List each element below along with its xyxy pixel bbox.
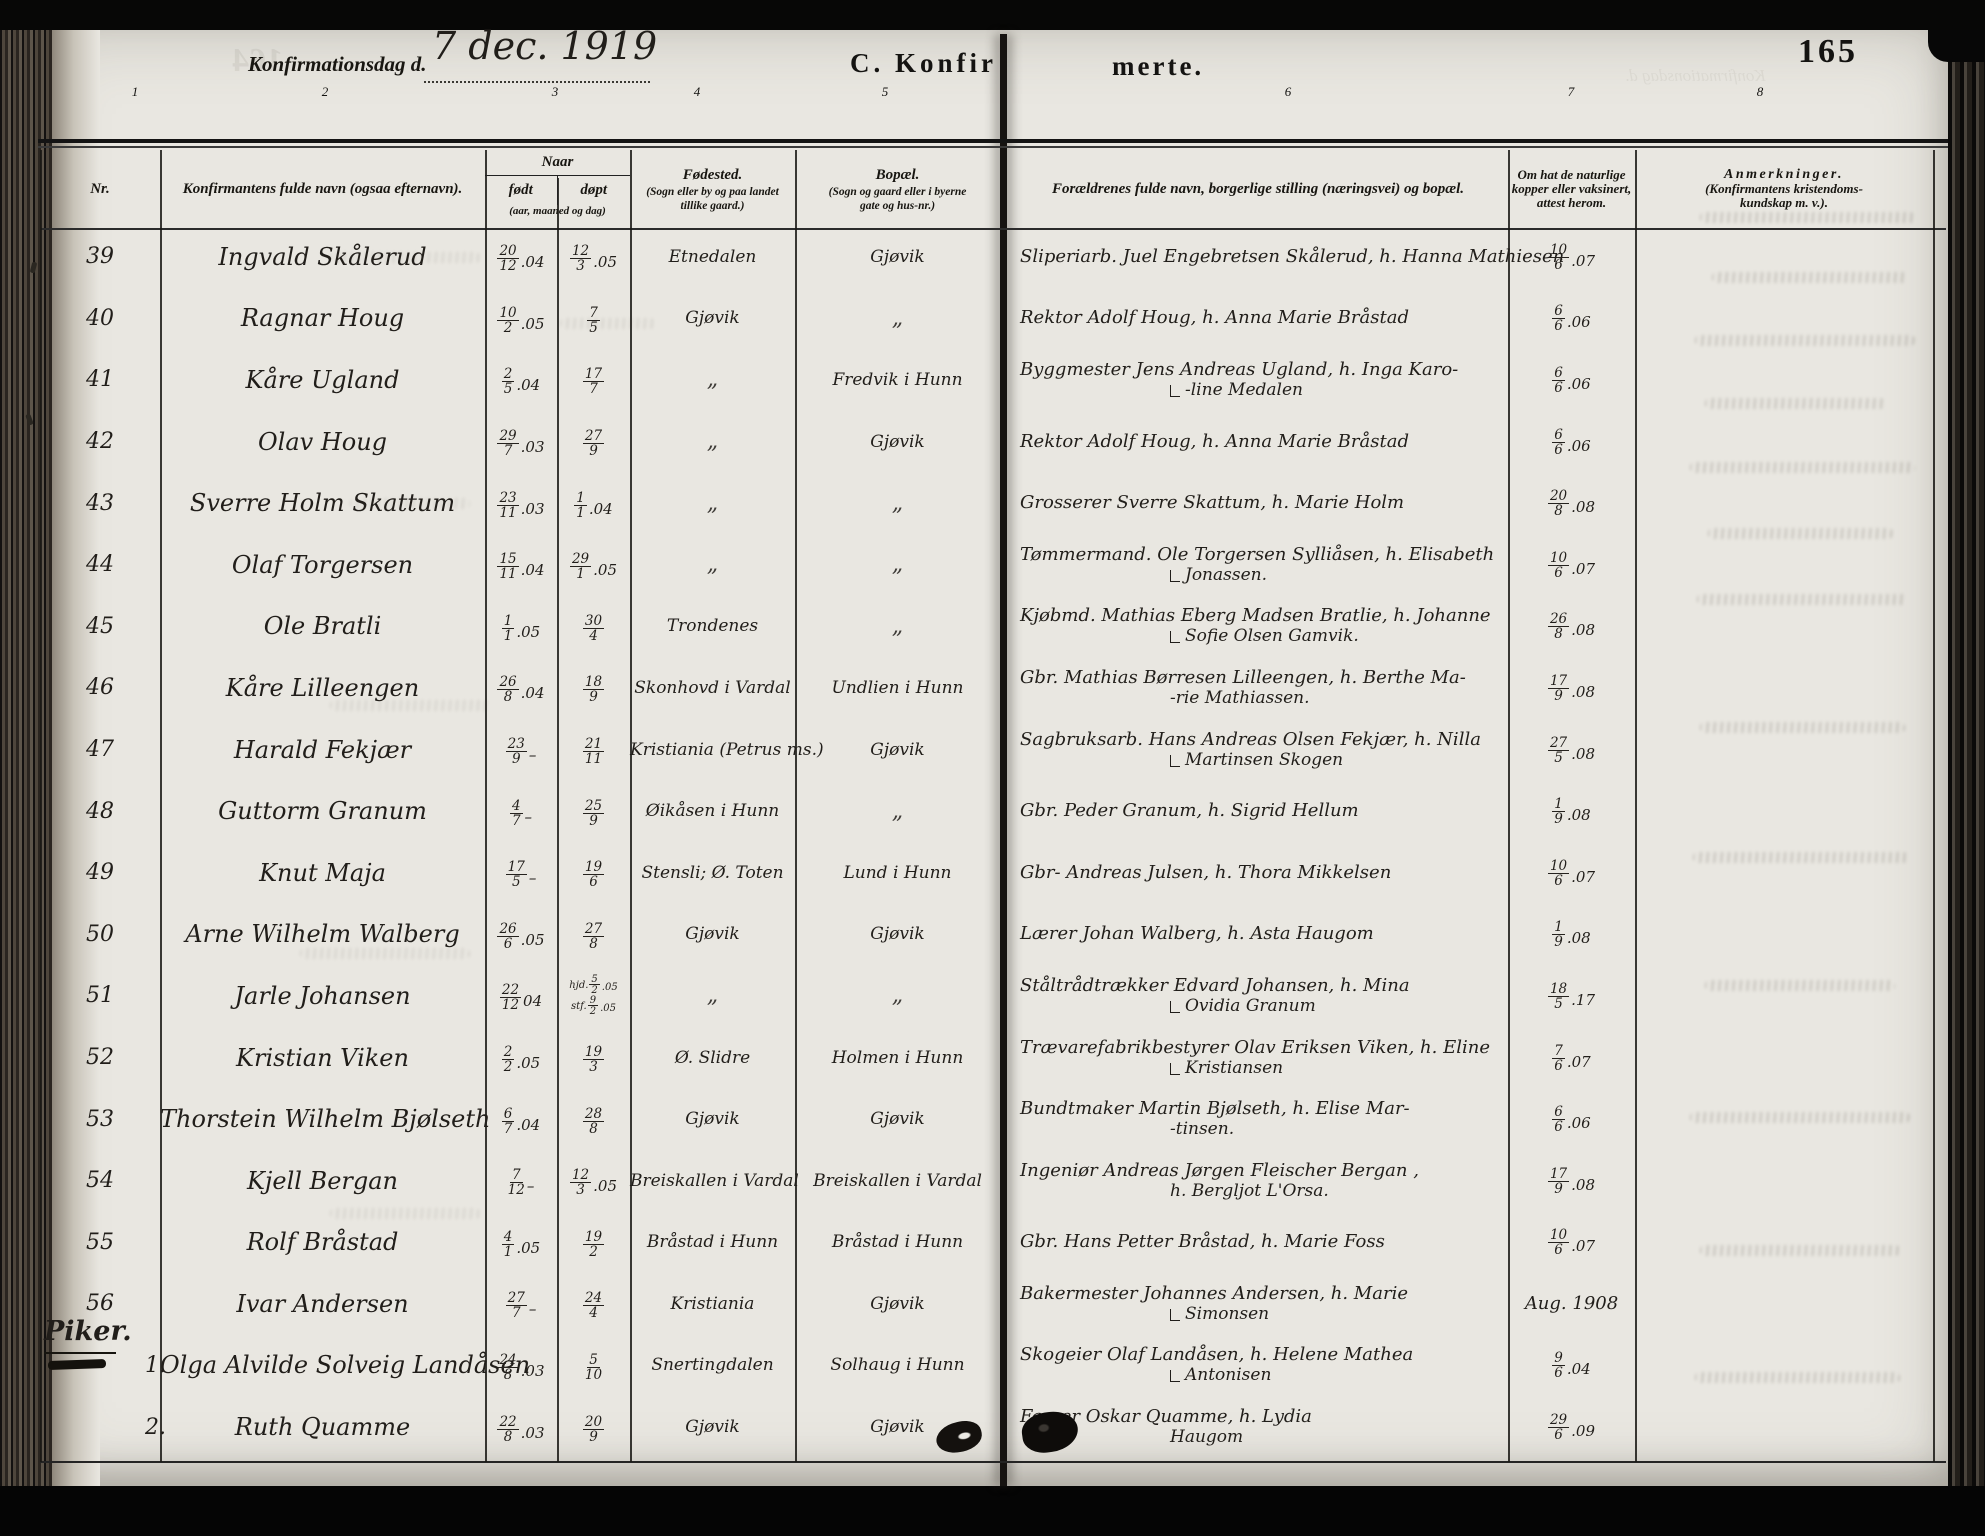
confirmand-name: Kristian Viken — [160, 1044, 485, 1072]
parents-line-2: -rie Mathiassen. — [1170, 688, 1508, 708]
born-date: 297.03 — [485, 425, 557, 458]
parents-line-2: Haugom — [1170, 1427, 1508, 1447]
handwritten-date: 510 — [585, 1354, 602, 1382]
residence: „ — [795, 491, 1000, 516]
residence: „ — [795, 614, 1000, 639]
parents-line-1: Trævarefabrikbestyrer Olav Eriksen Viken… — [1020, 1038, 1508, 1058]
birthplace: „ — [630, 552, 795, 577]
residence: Gjøvik — [795, 924, 1000, 944]
residence: Undlien i Hunn — [795, 678, 1000, 698]
section-title-left: C. Konfir — [850, 48, 997, 79]
confirmation-day-label: Konfirmationsdag d. — [248, 52, 427, 77]
handwritten-date: 66.06 — [1552, 1106, 1590, 1134]
born-date: 221204 — [485, 979, 557, 1012]
birthplace: Trondenes — [630, 616, 795, 636]
handwritten-date: 66.06 — [1552, 305, 1590, 333]
baptized-date: 259 — [557, 795, 630, 828]
confirmand-name: Olga Alvilde Solveig Landåsen — [160, 1351, 485, 1379]
born-date: 268.04 — [485, 671, 557, 704]
handwritten-date: 266.05 — [497, 923, 544, 951]
table-row: 1.Olga Alvilde Solveig Landåsen248.03510… — [40, 1335, 1946, 1397]
birthplace: Snertingdalen — [630, 1355, 795, 1375]
confirmand-name: Olaf Torgersen — [160, 551, 485, 579]
born-date: 712– — [485, 1164, 557, 1197]
handwritten-date: 123.05 — [570, 1169, 617, 1197]
bleedthrough-mark — [1693, 852, 1908, 863]
birthplace: Gjøvik — [630, 924, 795, 944]
baptized-date: 2111 — [557, 733, 630, 766]
top-rule-thin — [38, 146, 1948, 148]
born-date: 22.05 — [485, 1041, 557, 1074]
parents-line-1: Grosserer Sverre Skattum, h. Marie Holm — [1020, 493, 1508, 513]
handwritten-date: 712– — [508, 1169, 535, 1197]
residence: Gjøvik — [795, 1109, 1000, 1129]
bleedthrough-mark — [350, 498, 470, 509]
parents-entry: Gbr. Mathias Børresen Lilleengen, h. Ber… — [1008, 668, 1508, 708]
table-row: 49Knut Maja175–196Stensli; Ø. TotenLund … — [40, 842, 1946, 904]
baptized-date: 123.05 — [557, 240, 630, 273]
handwritten-date: 2111 — [583, 738, 604, 766]
handwritten-date: 96.04 — [1552, 1352, 1590, 1380]
row-number: 41 — [40, 367, 160, 392]
vaccination-date: Aug. 1908 — [1508, 1293, 1635, 1314]
page-edge-right — [1948, 0, 1985, 1536]
vaccination-date: 106.07 — [1508, 242, 1635, 272]
parents-line-1: Rektor Adolf Houg, h. Anna Marie Bråstad — [1020, 308, 1508, 328]
handwritten-date: 268.08 — [1548, 613, 1595, 641]
residence: Lund i Hunn — [795, 863, 1000, 883]
confirmand-name: Olav Houg — [160, 428, 485, 456]
bleedthrough-mark — [300, 948, 470, 959]
parents-entry: Tømmermand. Ole Torgersen Sylliåsen, h. … — [1008, 545, 1508, 585]
handwritten-date: 106.07 — [1548, 860, 1595, 888]
parents-entry: Lærer Johan Walberg, h. Asta Haugom — [1008, 924, 1508, 944]
row-number: 55 — [40, 1230, 160, 1255]
header-naar: Naar født døpt (aar, maaned og dag) — [485, 150, 630, 228]
column-number-5: 5 — [882, 84, 889, 100]
table-row: 42Olav Houg297.03279„GjøvikRektor Adolf … — [40, 411, 1946, 473]
vaccination-date: 19.08 — [1508, 919, 1635, 949]
residence: Holmen i Hunn — [795, 1048, 1000, 1068]
section-title-right: merte. — [1112, 51, 1204, 82]
parents-line-1: Ståltrådtrækker Edvard Johansen, h. Mina — [1020, 976, 1508, 996]
row-number: 39 — [40, 244, 160, 269]
handwritten-date: 106.07 — [1548, 1229, 1595, 1257]
column-number-8: 8 — [1757, 84, 1764, 100]
vaccination-date: 185.17 — [1508, 981, 1635, 1011]
handwritten-date: 268.04 — [497, 676, 544, 704]
born-date: 2012.04 — [485, 240, 557, 273]
born-date: 67.04 — [485, 1103, 557, 1136]
birthplace: Gjøvik — [630, 1417, 795, 1437]
row-number: 2. — [48, 1415, 168, 1440]
birthplace: Kristiania (Petrus ms.) — [630, 740, 795, 760]
table-bottom-rule — [40, 1461, 1946, 1463]
bleedthrough-mark — [330, 252, 480, 263]
residence: Fredvik i Hunn — [795, 370, 1000, 390]
confirmand-name: Harald Fekjær — [160, 736, 485, 764]
vaccination-date: 208.08 — [1508, 488, 1635, 518]
birthplace: „ — [630, 367, 795, 392]
handwritten-date: 1511.04 — [497, 553, 544, 581]
table-row: 39Ingvald Skålerud2012.04123.05Etnedalen… — [40, 226, 1946, 288]
born-date: 25.04 — [485, 363, 557, 396]
handwritten-date: 304 — [583, 615, 604, 643]
vaccination-date: 66.06 — [1508, 1104, 1635, 1134]
baptized-date: 189 — [557, 671, 630, 704]
table-row: 48Guttorm Granum47–259Øikåsen i Hunn„Gbr… — [40, 780, 1946, 842]
handwritten-date: 19.08 — [1552, 798, 1590, 826]
residence: „ — [795, 983, 1000, 1008]
handwritten-date: 66.06 — [1552, 367, 1590, 395]
parents-line-1: Sliperiarb. Juel Engebretsen Skålerud, h… — [1020, 247, 1508, 267]
table-row: 55Rolf Bråstad41.05192Bråstad i HunnBrås… — [40, 1212, 1946, 1274]
section-label-underline — [44, 1352, 116, 1354]
handwritten-date: 179.08 — [1548, 1168, 1595, 1196]
handwritten-date: 277– — [506, 1292, 537, 1320]
residence: Bråstad i Hunn — [795, 1232, 1000, 1252]
baptized-date: 209 — [557, 1411, 630, 1444]
confirmand-name: Ole Bratli — [160, 612, 485, 640]
vaccination-date: 66.06 — [1508, 427, 1635, 457]
baptized-date: 278 — [557, 918, 630, 951]
handwritten-date: 76.07 — [1552, 1045, 1590, 1073]
handwritten-date: 102.05 — [497, 307, 544, 335]
birthplace: Kristiania — [630, 1294, 795, 1314]
handwritten-date: 189 — [583, 676, 604, 704]
parents-entry: Rektor Adolf Houg, h. Anna Marie Bråstad — [1008, 432, 1508, 452]
parents-line-1: Kjøbmd. Mathias Eberg Madsen Bratlie, h.… — [1020, 606, 1508, 626]
row-number: 54 — [40, 1168, 160, 1193]
parents-line-2: Martinsen Skogen — [1170, 750, 1508, 770]
baptized-date: 123.05 — [557, 1164, 630, 1197]
born-date: 102.05 — [485, 302, 557, 335]
table-row: 56Ivar Andersen277–244KristianiaGjøvikBa… — [40, 1273, 1946, 1335]
residence: Gjøvik — [795, 247, 1000, 267]
baptized-date: 304 — [557, 610, 630, 643]
parents-entry: Gbr- Andreas Julsen, h. Thora Mikkelsen — [1008, 863, 1508, 883]
parents-line-1: Skogeier Olaf Landåsen, h. Helene Mathea — [1020, 1345, 1508, 1365]
residence: Solhaug i Hunn — [795, 1355, 1000, 1375]
header-dopt: døpt — [558, 176, 631, 205]
parents-line-2: -line Medalen — [1170, 380, 1508, 400]
birthplace: Ø. Slidre — [630, 1048, 795, 1068]
scan-border-top — [0, 0, 1985, 30]
row-number: 51 — [40, 983, 160, 1008]
vaccination-date: 96.04 — [1508, 1350, 1635, 1380]
row-number: 53 — [40, 1107, 160, 1132]
row-number: 49 — [40, 860, 160, 885]
handwritten-date: 193 — [583, 1046, 604, 1074]
table-row: 44Olaf Torgersen1511.04291.05„„Tømmerman… — [40, 534, 1946, 596]
column-number-4: 4 — [694, 84, 701, 100]
parents-entry: Bundtmaker Martin Bjølseth, h. Elise Mar… — [1008, 1099, 1508, 1139]
confirmand-name: Rolf Bråstad — [160, 1228, 485, 1256]
born-date: 277– — [485, 1287, 557, 1320]
handwritten-date: 106.07 — [1548, 552, 1595, 580]
baptized-date: 510 — [557, 1349, 630, 1382]
table-row: 53Thorstein Wilhelm Bjølseth67.04288Gjøv… — [40, 1088, 1946, 1150]
handwritten-date: 288 — [583, 1108, 604, 1136]
row-number: 44 — [40, 552, 160, 577]
baptized-date: 244 — [557, 1287, 630, 1320]
row-number: 46 — [40, 675, 160, 700]
residence: Gjøvik — [795, 740, 1000, 760]
parents-line-1: Gbr. Hans Petter Bråstad, h. Marie Foss — [1020, 1232, 1508, 1252]
handwritten-date: 2311.03 — [497, 492, 544, 520]
confirmand-name: Ruth Quamme — [160, 1413, 485, 1441]
row-number: 52 — [40, 1045, 160, 1070]
vaccination-date: 66.06 — [1508, 365, 1635, 395]
table-row: 52Kristian Viken22.05193Ø. SlidreHolmen … — [40, 1027, 1946, 1089]
parents-line-1: Farver Oskar Quamme, h. Lydia — [1020, 1407, 1508, 1427]
parents-line-1: Bakermester Johannes Andersen, h. Marie — [1020, 1284, 1508, 1304]
baptized-date: 192 — [557, 1226, 630, 1259]
bleedthrough-mark — [1700, 722, 1905, 733]
handwritten-date: 11.04 — [574, 492, 612, 520]
table-row: 45Ole Bratli11.05304Trondenes„Kjøbmd. Ma… — [40, 596, 1946, 658]
residence: „ — [795, 799, 1000, 824]
handwritten-date: 11.05 — [502, 615, 540, 643]
bleedthrough-mark — [330, 700, 490, 711]
confirmand-name: Knut Maja — [160, 859, 485, 887]
parents-entry: Farver Oskar Quamme, h. LydiaHaugom — [1008, 1407, 1508, 1447]
born-date: 2311.03 — [485, 487, 557, 520]
table-row: 2.Ruth Quamme228.03209GjøvikGjøvikFarver… — [40, 1396, 1946, 1458]
parents-entry: Byggmester Jens Andreas Ugland, h. Inga … — [1008, 360, 1508, 400]
bleedthrough-mark — [1690, 1112, 1910, 1123]
baptized-date: 193 — [557, 1041, 630, 1074]
handwritten-date: 239– — [506, 738, 537, 766]
table-row: 54Kjell Bergan712–123.05Breiskallen i Va… — [40, 1150, 1946, 1212]
baptized-date: hjd.52.05stf.92.05 — [557, 975, 630, 1016]
handwritten-date: 297.03 — [497, 430, 544, 458]
table-row: 47Harald Fekjær239–2111Kristiania (Petru… — [40, 719, 1946, 781]
handwritten-date: stf.92.05 — [571, 996, 616, 1016]
parents-line-2: h. Bergljot L'Orsa. — [1170, 1181, 1508, 1201]
parents-line-1: Gbr- Andreas Julsen, h. Thora Mikkelsen — [1020, 863, 1508, 883]
header-naar-sub: (aar, maaned og dag) — [485, 205, 630, 217]
born-date: 175– — [485, 856, 557, 889]
bleedthrough-mark — [1695, 1372, 1900, 1383]
scan-border-bottom — [0, 1486, 1985, 1536]
parents-line-2: Jonassen. — [1170, 565, 1508, 585]
parents-line-1: Tømmermand. Ole Torgersen Sylliåsen, h. … — [1020, 545, 1508, 565]
handwritten-date: 179.08 — [1548, 675, 1595, 703]
header-nr: Nr. — [40, 150, 160, 228]
handwritten-date: 41.05 — [502, 1231, 540, 1259]
bleedthrough-mark — [1705, 980, 1895, 991]
parents-line-1: Gbr. Peder Granum, h. Sigrid Hellum — [1020, 801, 1508, 821]
vaccination-date: 76.07 — [1508, 1043, 1635, 1073]
parents-line-1: Rektor Adolf Houg, h. Anna Marie Bråstad — [1020, 432, 1508, 452]
bleedthrough-mark — [1700, 1245, 1900, 1256]
bleedthrough-mark — [1697, 594, 1907, 605]
bleedthrough-mark — [1700, 212, 1915, 223]
handwritten-date: 196 — [583, 861, 604, 889]
handwritten-date: 2012.04 — [497, 245, 544, 273]
parents-entry: Kjøbmd. Mathias Eberg Madsen Bratlie, h.… — [1008, 606, 1508, 646]
confirmand-name: Arne Wilhelm Walberg — [160, 920, 485, 948]
parents-line-1: Sagbruksarb. Hans Andreas Olsen Fekjær, … — [1020, 730, 1508, 750]
handwritten-date: 248.03 — [497, 1354, 544, 1382]
table-row: 41Kåre Ugland25.04177„Fredvik i HunnBygg… — [40, 349, 1946, 411]
confirmand-name: Guttorm Granum — [160, 797, 485, 825]
parents-entry: Trævarefabrikbestyrer Olav Eriksen Viken… — [1008, 1038, 1508, 1078]
baptized-date: 11.04 — [557, 487, 630, 520]
born-date: 11.05 — [485, 610, 557, 643]
parents-line-2: Antonisen — [1170, 1365, 1508, 1385]
table-row: 51Jarle Johansen221204hjd.52.05stf.92.05… — [40, 965, 1946, 1027]
handwritten-date: hjd.52.05 — [569, 975, 617, 995]
header-bopel: Bopæl. (Sogn og gaard eller i byerne gat… — [795, 150, 1000, 228]
handwritten-date: 296.09 — [1548, 1414, 1595, 1442]
parish-register-scan: 164 Konfirmationsdag d. 7 dec. 1919 C. K… — [0, 0, 1985, 1536]
parents-entry: Skogeier Olaf Landåsen, h. Helene Mathea… — [1008, 1345, 1508, 1385]
born-date: 248.03 — [485, 1349, 557, 1382]
parents-entry: Ståltrådtrækker Edvard Johansen, h. Mina… — [1008, 976, 1508, 1016]
handwritten-date: 228.03 — [497, 1416, 544, 1444]
birthplace: Breiskallen i Vardal — [630, 1171, 795, 1191]
parents-line-2: -tinsen. — [1170, 1119, 1508, 1139]
residence: Gjøvik — [795, 432, 1000, 452]
parents-entry: Bakermester Johannes Andersen, h. MarieS… — [1008, 1284, 1508, 1324]
handwritten-date: 47– — [510, 800, 532, 828]
birthplace: Gjøvik — [630, 1109, 795, 1129]
handwritten-date: 175– — [506, 861, 537, 889]
parents-line-1: Bundtmaker Martin Bjølseth, h. Elise Mar… — [1020, 1099, 1508, 1119]
column-number-7: 7 — [1568, 84, 1575, 100]
handwritten-date: 192 — [583, 1231, 604, 1259]
confirmand-name: Ivar Andersen — [160, 1290, 485, 1318]
born-date: 1511.04 — [485, 548, 557, 581]
parents-line-1: Ingeniør Andreas Jørgen Fleischer Bergan… — [1020, 1161, 1508, 1181]
vaccination-date: 66.06 — [1508, 303, 1635, 333]
bleedthrough-mark — [1695, 335, 1915, 346]
baptized-date: 177 — [557, 363, 630, 396]
handwritten-date: 106.07 — [1548, 244, 1595, 272]
table-row: 40Ragnar Houg102.0575Gjøvik„Rektor Adolf… — [40, 288, 1946, 350]
confirmation-day-date-handwritten: 7 dec. 1919 — [432, 24, 657, 68]
parents-entry: Gbr. Peder Granum, h. Sigrid Hellum — [1008, 801, 1508, 821]
parents-entry: Sagbruksarb. Hans Andreas Olsen Fekjær, … — [1008, 730, 1508, 770]
parents-entry: Ingeniør Andreas Jørgen Fleischer Bergan… — [1008, 1161, 1508, 1201]
page-number: 165 — [1798, 33, 1858, 71]
vaccination-date: 106.07 — [1508, 1227, 1635, 1257]
birthplace: „ — [630, 491, 795, 516]
parents-line-1: Gbr. Mathias Børresen Lilleengen, h. Ber… — [1020, 668, 1508, 688]
baptized-date: 279 — [557, 425, 630, 458]
column-number-1: 1 — [132, 84, 139, 100]
birthplace: Bråstad i Hunn — [630, 1232, 795, 1252]
header-fodt: født — [485, 176, 558, 205]
handwritten-date: 67.04 — [502, 1108, 540, 1136]
handwritten-date: 19.08 — [1552, 921, 1590, 949]
bleedthrough-mark — [1712, 272, 1907, 283]
handwritten-date: 279 — [583, 430, 604, 458]
column-number-3: 3 — [552, 84, 559, 100]
parents-line-1: Lærer Johan Walberg, h. Asta Haugom — [1020, 924, 1508, 944]
residence: Breiskallen i Vardal — [795, 1171, 1000, 1191]
residence: Gjøvik — [795, 1294, 1000, 1314]
header-name: Konfirmantens fulde navn (ogsaa efternav… — [160, 150, 485, 228]
parents-line-2: Ovidia Granum — [1170, 996, 1508, 1016]
header-fodested: Fødested. (Sogn eller by og paa landet t… — [630, 150, 795, 228]
vaccination-date: 106.07 — [1508, 550, 1635, 580]
born-date: 266.05 — [485, 918, 557, 951]
confirmand-name: Kåre Lilleengen — [160, 674, 485, 702]
baptized-date: 196 — [557, 856, 630, 889]
birthplace: Etnedalen — [630, 247, 795, 267]
handwritten-date: 177 — [583, 368, 604, 396]
vaccination-date: 179.08 — [1508, 673, 1635, 703]
header-vaccination: Om hat de naturlige kopper eller vaksine… — [1508, 150, 1635, 228]
header-parents: Forældrenes fulde navn, borgerlige still… — [1008, 150, 1508, 228]
residence: „ — [795, 306, 1000, 331]
parents-line-2: Sofie Olsen Gamvik. — [1170, 626, 1508, 646]
top-rule-thick — [38, 139, 1948, 143]
row-number: 47 — [40, 737, 160, 762]
birthplace: „ — [630, 429, 795, 454]
birthplace: Øikåsen i Hunn — [630, 801, 795, 821]
handwritten-date: 123.05 — [570, 245, 617, 273]
column-number-6: 6 — [1285, 84, 1292, 100]
baptized-date: 288 — [557, 1103, 630, 1136]
bleedthrough-mark — [560, 318, 655, 329]
vaccination-date: 19.08 — [1508, 796, 1635, 826]
row-number: 56 — [40, 1291, 160, 1316]
handwritten-date: 221204 — [500, 984, 542, 1012]
handwritten-date: 291.05 — [570, 553, 617, 581]
handwritten-date: 22.05 — [502, 1046, 540, 1074]
vaccination-date: 296.09 — [1508, 1412, 1635, 1442]
row-number: 40 — [40, 306, 160, 331]
baptized-date: 291.05 — [557, 548, 630, 581]
confirmand-name: Ragnar Houg — [160, 304, 485, 332]
vaccination-date: 106.07 — [1508, 858, 1635, 888]
bleedthrough-mark — [1705, 398, 1885, 409]
confirmand-name: Kjell Bergan — [160, 1167, 485, 1195]
handwritten-date: 208.08 — [1548, 490, 1595, 518]
parents-entry: Grosserer Sverre Skattum, h. Marie Holm — [1008, 493, 1508, 513]
handwritten-date: 278 — [583, 923, 604, 951]
parents-entry: Gbr. Hans Petter Bråstad, h. Marie Foss — [1008, 1232, 1508, 1252]
confirmand-name: Kåre Ugland — [160, 366, 485, 394]
handwritten-date: 275.08 — [1548, 737, 1595, 765]
vaccination-date: 268.08 — [1508, 611, 1635, 641]
born-date: 228.03 — [485, 1411, 557, 1444]
bleedthrough-header-text: Konfirmationsdag d. — [1625, 66, 1766, 86]
confirmand-name: Thorstein Wilhelm Bjølseth — [160, 1105, 485, 1133]
handwritten-date: 244 — [583, 1292, 604, 1320]
parents-entry: Sliperiarb. Juel Engebretsen Skålerud, h… — [1008, 247, 1508, 267]
residence: „ — [795, 552, 1000, 577]
handwritten-date: 209 — [583, 1416, 604, 1444]
handwritten-date: 259 — [583, 800, 604, 828]
table-row: 46Kåre Lilleengen268.04189Skonhovd i Var… — [40, 657, 1946, 719]
row-number: 48 — [40, 799, 160, 824]
register-rows: 39Ingvald Skålerud2012.04123.05Etnedalen… — [40, 226, 1946, 1458]
handwritten-date: 25.04 — [502, 368, 540, 396]
handwritten-date: 66.06 — [1552, 429, 1590, 457]
bleedthrough-mark — [1690, 462, 1915, 473]
bleedthrough-mark — [1708, 528, 1893, 539]
row-number: 42 — [40, 429, 160, 454]
birthplace: Stensli; Ø. Toten — [630, 863, 795, 883]
column-number-2: 2 — [322, 84, 329, 100]
vaccination-date: 275.08 — [1508, 735, 1635, 765]
vaccination-date: 179.08 — [1508, 1166, 1635, 1196]
